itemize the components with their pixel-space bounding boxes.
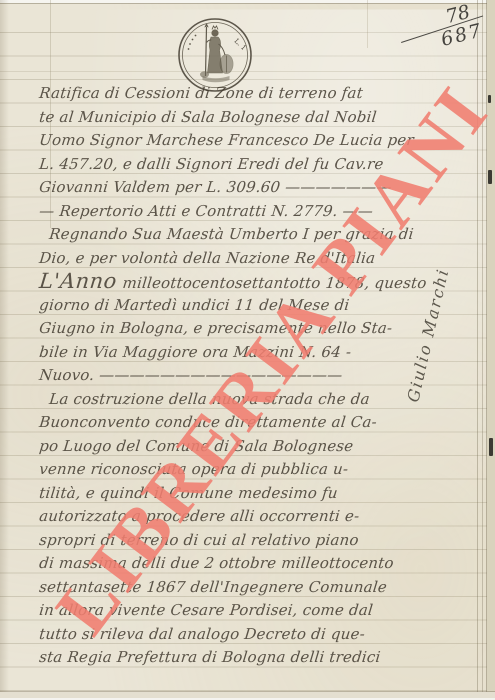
edge-speck [488, 95, 491, 103]
manuscript-line: Uomo Signor Marchese Francesco De Lucia … [38, 129, 430, 153]
vertical-fold-crease-2 [367, 0, 368, 48]
page-left-edge-shadow [0, 0, 9, 700]
edge-speck [489, 438, 493, 456]
italia-figure-icon [188, 23, 233, 82]
seal-denomination-label: L. 1 [232, 37, 247, 52]
underlying-page-edge [487, 0, 495, 700]
document-photo: L. 1 78 687 Ratifica di Cessioni di Zone… [0, 0, 495, 700]
page-number-annotation: 78 687 [403, 0, 487, 58]
seal-inscription-marks [188, 35, 197, 50]
edge-speck [488, 170, 492, 184]
manuscript-line: Ratifica di Cessioni di Zone di terreno … [38, 82, 430, 106]
page-top-edge-line [0, 3, 495, 4]
year-heading: L'Anno [38, 269, 118, 293]
manuscript-line: sta Regia Prefettura di Bologna delli tr… [38, 646, 430, 670]
manuscript-line: te al Municipio di Sala Bolognese dal No… [38, 106, 430, 130]
manuscript-line: tilità, e quindi il Comune medesimo fu [38, 482, 430, 506]
